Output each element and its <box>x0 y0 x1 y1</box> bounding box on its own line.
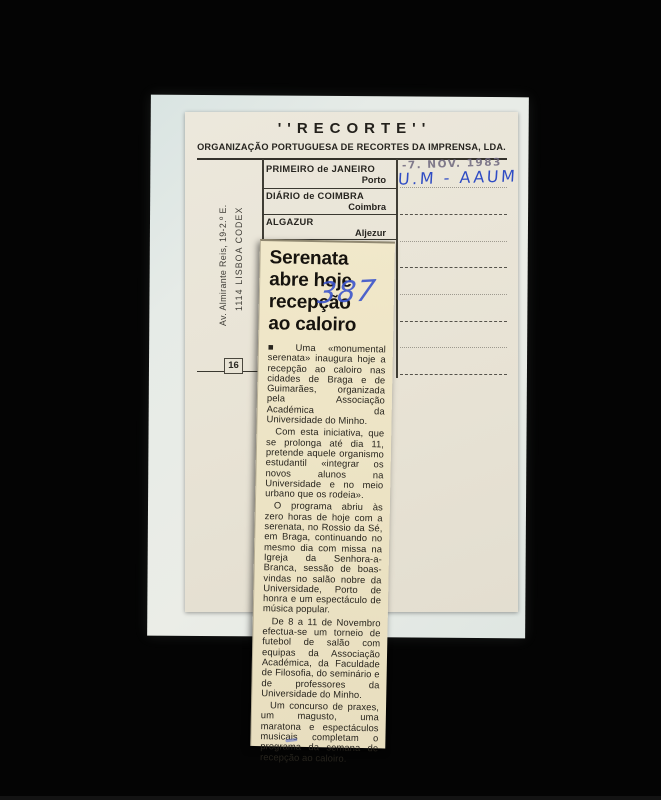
clipping-article: ■ Uma «monumental serenata» inaugura hoj… <box>260 342 386 764</box>
scanned-photo: ''RECORTE'' ORGANIZAÇÃO PORTUGUESA DE RE… <box>0 0 661 800</box>
org-title: ''RECORTE'' <box>185 120 518 137</box>
scan-edge <box>0 796 661 800</box>
article-paragraph: De 8 a 11 de Novembro efectua-se um torn… <box>261 616 381 701</box>
article-paragraph: ■ Uma «monumental serenata» inaugura hoj… <box>266 342 386 427</box>
clipping-headline-line: Serenata <box>269 247 387 271</box>
handwritten-reference: U.M - AAUM <box>397 166 518 188</box>
row-underline <box>262 188 397 189</box>
ruled-line <box>400 214 507 215</box>
row-underline <box>262 214 397 215</box>
ruled-line <box>400 374 507 375</box>
ruled-line <box>400 347 507 348</box>
ruled-line <box>400 294 507 295</box>
org-subtitle: ORGANIZAÇÃO PORTUGUESA DE RECORTES DA IM… <box>185 142 518 152</box>
newspaper-name: DIÁRIO de COIMBRA <box>266 191 392 201</box>
newspaper-city: Aljezur <box>266 228 392 238</box>
ruled-line <box>400 241 507 242</box>
article-paragraph: Com esta iniciativa, que se prolonga até… <box>265 427 384 501</box>
handwritten-number: 387 <box>316 273 379 310</box>
address-line-vertical: 1114 LISBOA CODEX <box>234 207 244 311</box>
newspaper-row: PRIMEIRO de JANEIRO Porto <box>266 164 392 185</box>
article-paragraph: Um concurso de praxes, um magusto, uma m… <box>260 700 379 764</box>
column-divider-right <box>396 159 398 378</box>
press-clipping: Serenata abre hoje recepção ao caloiro 3… <box>250 239 395 748</box>
newspaper-city: Porto <box>266 175 392 185</box>
ruled-line <box>400 321 507 322</box>
newspaper-row: ALGAZUR Aljezur <box>266 217 392 238</box>
newspaper-name: PRIMEIRO de JANEIRO <box>266 164 392 174</box>
clipping-headline-line: ao caloiro <box>268 313 386 337</box>
article-paragraph: O programa abriu às zero horas de hoje c… <box>263 501 383 617</box>
ruled-line <box>400 267 507 268</box>
newspaper-name: ALGAZUR <box>266 217 392 227</box>
page-number-box: 16 <box>224 358 243 374</box>
newspaper-row: DIÁRIO de COIMBRA Coimbra <box>266 191 392 212</box>
address-line-vertical: Av. Almirante Reis, 19-2.º E. <box>218 204 228 326</box>
newspaper-city: Coimbra <box>266 202 392 212</box>
